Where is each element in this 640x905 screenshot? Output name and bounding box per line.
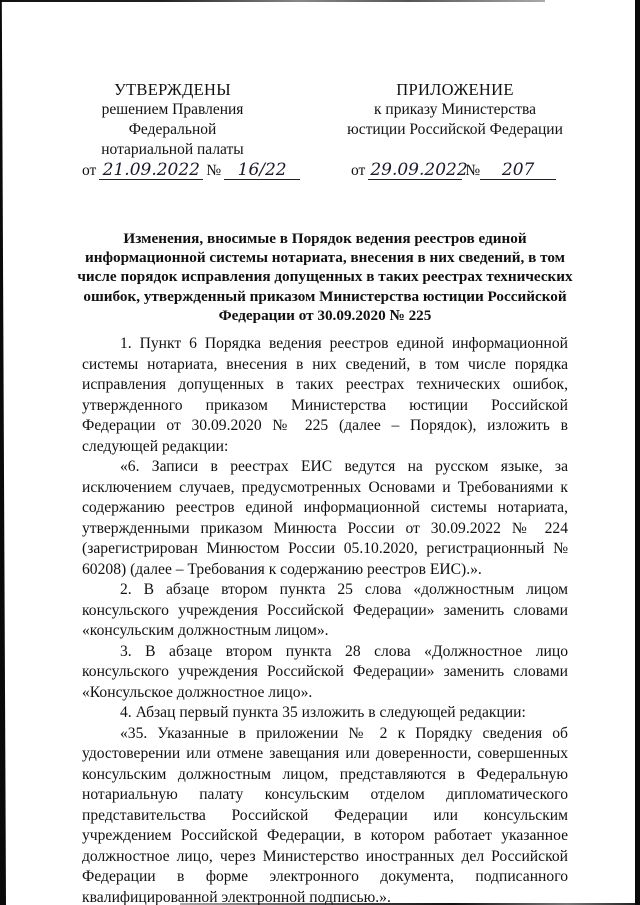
- appendix-line-1: к приказу Министерства: [335, 100, 575, 120]
- paragraph-4: 4. Абзац первый пункта 35 изложить в сле…: [82, 703, 568, 724]
- from-label: от: [79, 162, 99, 180]
- document-title: Изменения, вносимые в Порядок ведения ре…: [70, 229, 580, 325]
- number-label: №: [462, 162, 480, 180]
- paragraph-1-quote: «6. Записи в реестрах ЕИС ведутся на рус…: [82, 457, 568, 580]
- approval-caption: УТВЕРЖДЕНЫ: [75, 80, 270, 100]
- appendix-block: ПРИЛОЖЕНИЕ к приказу Министерства юстици…: [335, 80, 575, 140]
- scan-edge-right: [635, 0, 640, 905]
- paragraph-2: 2. В абзаце втором пункта 25 слова «долж…: [82, 580, 568, 642]
- number-label: №: [203, 162, 224, 180]
- handwritten-date: 29.09.2022: [368, 161, 462, 180]
- scan-edge-left: [0, 0, 6, 905]
- appendix-line-2: юстиции Российской Федерации: [335, 120, 575, 140]
- appendix-caption: ПРИЛОЖЕНИЕ: [335, 80, 575, 100]
- approval-date-number: от 21.09.2022 № 16/22: [79, 161, 300, 180]
- handwritten-date: 21.09.2022: [99, 161, 203, 180]
- from-label: от: [348, 162, 368, 180]
- approval-stamp-block: УТВЕРЖДЕНЫ решением Правления Федерально…: [75, 80, 270, 160]
- paragraph-1: 1. Пункт 6 Порядка ведения реестров един…: [82, 334, 568, 457]
- approval-line-1: решением Правления Федеральной: [75, 100, 270, 140]
- handwritten-number: 207: [480, 161, 556, 180]
- appendix-date-number: от 29.09.2022 № 207: [348, 161, 556, 180]
- handwritten-number: 16/22: [224, 161, 300, 180]
- paragraph-4-quote: «35. Указанные в приложении № 2 к Порядк…: [82, 724, 568, 905]
- paragraph-3: 3. В абзаце втором пункта 28 слова «Долж…: [82, 642, 568, 704]
- approval-line-2: нотариальной палаты: [75, 140, 270, 160]
- scan-edge-top: [0, 0, 545, 2]
- document-body: 1. Пункт 6 Порядка ведения реестров един…: [82, 334, 568, 905]
